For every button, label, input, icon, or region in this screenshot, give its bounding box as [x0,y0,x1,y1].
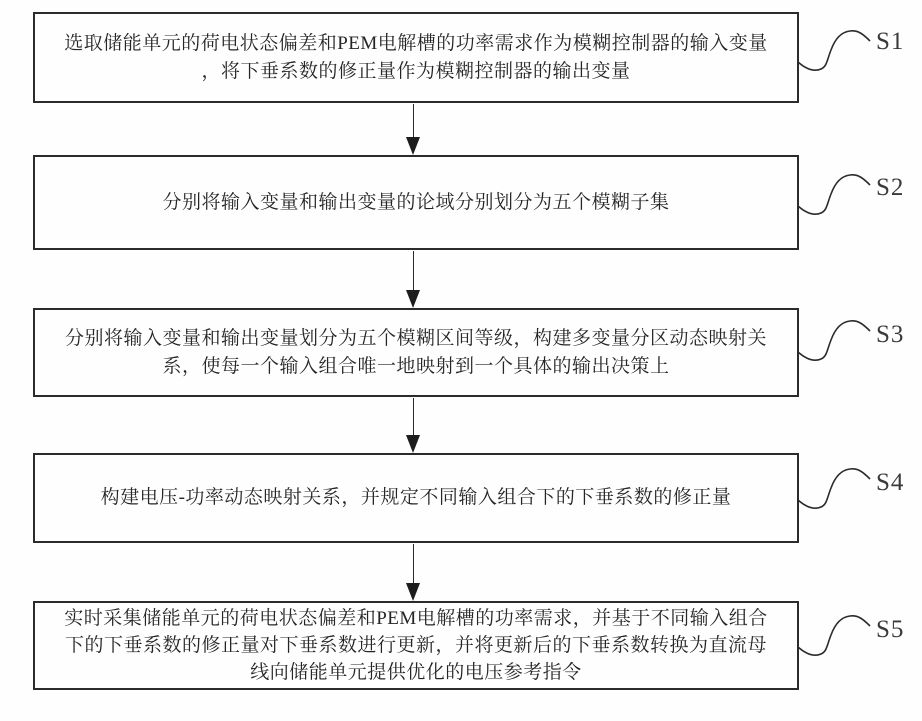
down-arrow-3 [406,398,421,453]
flow-step-box-2: 分别将输入变量和输出变量的论域分别划分为五个模糊子集 [33,155,799,250]
step-label-s4: S4 [876,468,920,498]
step-text-line: 构建电压-功率动态映射关系，并规定不同输入组合下的下垂系数的修正量 [35,484,797,512]
arrow-head-icon [406,583,420,601]
flow-step-box-4: 构建电压-功率动态映射关系，并规定不同输入组合下的下垂系数的修正量 [33,453,799,543]
flow-step-box-1: 选取储能单元的荷电状态偏差和PEM电解槽的功率需求作为模糊控制器的输入变量 ，将… [33,12,799,103]
down-arrow-1 [406,104,421,155]
step-text-line: 实时采集储能单元的荷电状态偏差和PEM电解槽的功率需求，并基于不同输入组合 [35,605,797,632]
step-label-s3: S3 [876,320,920,350]
step-connector-squiggle-5 [797,611,873,661]
arrow-shaft [413,544,415,584]
flow-step-box-5: 实时采集储能单元的荷电状态偏差和PEM电解槽的功率需求，并基于不同输入组合 下的… [33,601,799,690]
step-text-line: 线向储能单元提供优化的电压参考指令 [35,659,797,686]
step-text-line: 分别将输入变量和输出变量划分为五个模糊区间等级，构建多变量分区动态映射关 [35,325,797,353]
flow-step-box-3: 分别将输入变量和输出变量划分为五个模糊区间等级，构建多变量分区动态映射关 系，使… [33,308,799,397]
step-label-s1: S1 [876,27,920,57]
arrow-head-icon [406,290,420,308]
step-text-line: 下的下垂系数的修正量对下垂系数进行更新，并将更新后的下垂系数转换为直流母 [35,632,797,659]
arrow-head-icon [406,435,420,453]
step-text-line: 选取储能单元的荷电状态偏差和PEM电解槽的功率需求作为模糊控制器的输入变量 [35,30,797,58]
arrow-shaft [413,398,415,436]
arrow-shaft [413,251,415,291]
step-connector-squiggle-2 [797,170,873,220]
step-text-line: 系，使每一个输入组合唯一地映射到一个具体的输出决策上 [35,353,797,381]
down-arrow-2 [406,251,421,308]
arrow-shaft [413,104,415,138]
step-label-s2: S2 [876,173,920,203]
step-text-line: ，将下垂系数的修正量作为模糊控制器的输出变量 [35,58,797,86]
patent-flowchart-figure: 选取储能单元的荷电状态偏差和PEM电解槽的功率需求作为模糊控制器的输入变量 ，将… [0,0,922,721]
down-arrow-4 [406,544,421,601]
step-connector-squiggle-3 [797,316,873,366]
step-text-line: 分别将输入变量和输出变量的论域分别划分为五个模糊子集 [35,189,797,217]
arrow-head-icon [406,137,420,155]
step-label-s5: S5 [876,615,920,645]
step-connector-squiggle-1 [797,26,873,76]
step-connector-squiggle-4 [797,464,873,514]
